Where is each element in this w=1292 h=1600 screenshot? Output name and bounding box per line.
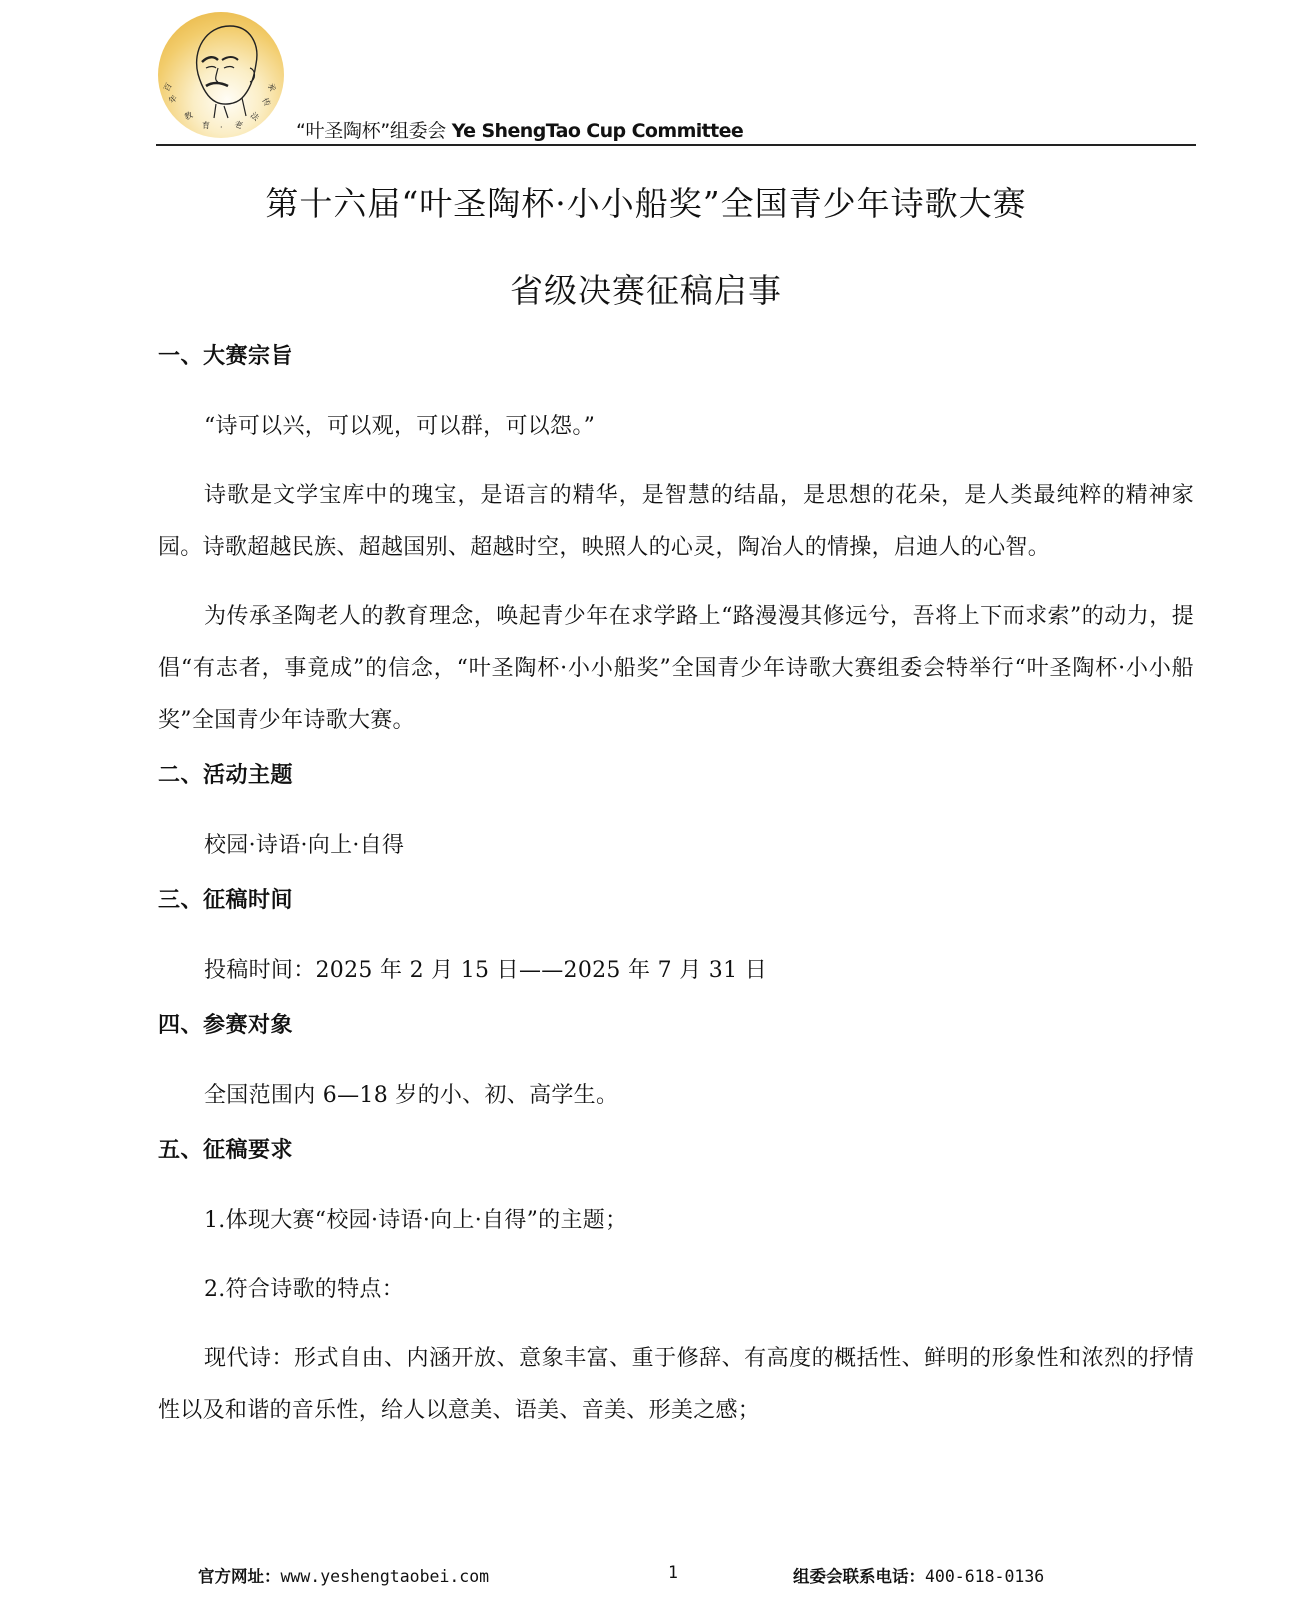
section-heading: 五、征稿要求 [158,1139,1194,1163]
svg-text:百: 百 [162,82,174,93]
org-name-en: Ye ShengTao Cup Committee [452,120,743,142]
theme-text: 校园·诗语·向上·自得 [158,820,1194,872]
footer-phone: 组委会联系电话：400-618-0136 [793,1563,1044,1587]
svg-text:法: 法 [249,110,262,123]
phone-label: 组委会联系电话： [793,1567,925,1586]
document-title: 第十六届“叶圣陶杯·小小船奖”全国青少年诗歌大赛 [0,178,1292,225]
page-footer: 官方网址：www.yeshengtaobei.com 1 组委会联系电话：400… [0,1563,1292,1587]
section-submission-period: 三、征稿时间 投稿时间：2025 年 2 月 15 日——2025 年 7 月 … [158,889,1194,997]
footer-website: 官方网址：www.yeshengtaobei.com [198,1563,489,1587]
modern-poetry-description: 现代诗：形式自由、内涵开放、意象丰富、重于修辞、有高度的概括性、鲜明的形象性和浓… [158,1333,1194,1437]
website-label: 官方网址： [198,1567,281,1586]
quote-paragraph: “诗可以兴，可以观，可以群，可以怨。” [158,401,1194,453]
section-heading: 二、活动主题 [158,764,1194,788]
svg-text:承: 承 [266,82,277,92]
section-requirements: 五、征稿要求 1.体现大赛“校园·诗语·向上·自得”的主题； 2.符合诗歌的特点… [158,1139,1194,1437]
eligibility-text: 全国范围内 6—18 岁的小、初、高学生。 [158,1070,1194,1122]
section-purpose: 一、大赛宗旨 “诗可以兴，可以观，可以群，可以怨。” 诗歌是文学宝库中的瑰宝，是… [158,345,1194,747]
section-eligibility: 四、参赛对象 全国范围内 6—18 岁的小、初、高学生。 [158,1014,1194,1122]
phone-number: 400-618-0136 [925,1567,1044,1586]
section-heading: 三、征稿时间 [158,889,1194,913]
requirement-item: 1.体现大赛“校园·诗语·向上·自得”的主题； [158,1195,1194,1247]
svg-text:教: 教 [183,109,194,121]
document-body: 一、大赛宗旨 “诗可以兴，可以观，可以群，可以怨。” 诗歌是文学宝库中的瑰宝，是… [158,345,1194,1454]
body-paragraph: 诗歌是文学宝库中的瑰宝，是语言的精华，是智慧的结晶，是思想的花朵，是人类最纯粹的… [158,470,1194,574]
svg-text:老: 老 [233,118,244,130]
svg-text:育: 育 [202,120,210,130]
organization-header: “叶圣陶杯”组委会 Ye ShengTao Cup Committee [296,116,743,143]
svg-text:传: 传 [260,96,273,108]
document-page: 百 年 教 育 · 老 法 传 承 “叶圣陶杯”组委会 Ye ShengTao … [0,0,1292,1600]
page-number: 1 [668,1563,678,1582]
svg-text:年: 年 [166,93,179,106]
requirement-item: 2.符合诗歌的特点： [158,1264,1194,1316]
section-heading: 一、大赛宗旨 [158,345,1194,369]
portrait-sketch-icon: 百 年 教 育 · 老 法 传 承 [158,12,284,138]
svg-text:·: · [220,123,223,132]
body-paragraph: 为传承圣陶老人的教育理念，唤起青少年在求学路上“路漫漫其修远兮，吾将上下而求索”… [158,591,1194,747]
website-link[interactable]: www.yeshengtaobei.com [281,1567,490,1586]
submission-period-text: 投稿时间：2025 年 2 月 15 日——2025 年 7 月 31 日 [158,945,1194,997]
document-subtitle: 省级决赛征稿启事 [0,265,1292,312]
header-divider [156,144,1196,146]
section-heading: 四、参赛对象 [158,1014,1194,1038]
org-name-cn: “叶圣陶杯”组委会 [296,120,446,142]
portrait-seal-logo-icon: 百 年 教 育 · 老 法 传 承 [158,12,284,138]
section-theme: 二、活动主题 校园·诗语·向上·自得 [158,764,1194,872]
